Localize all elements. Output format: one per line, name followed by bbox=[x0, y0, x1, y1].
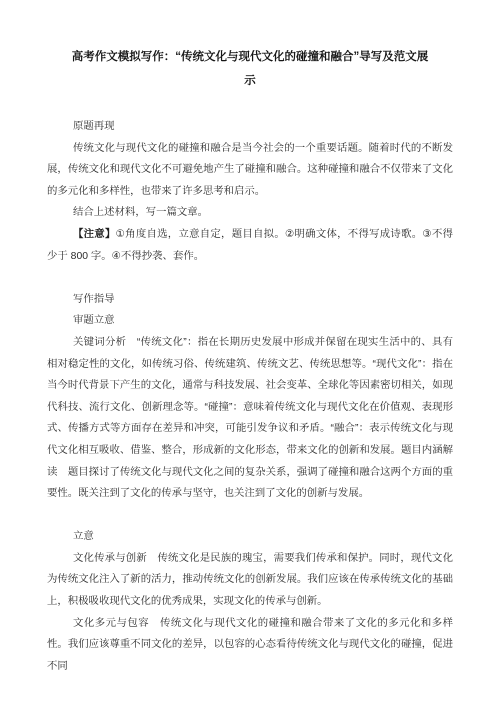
document-page: 高考作文模拟写作：“传统文化与现代文化的碰撞和融合”导写及范文展示 原题再现 传… bbox=[0, 0, 500, 708]
document-title: 高考作文模拟写作：“传统文化与现代文化的碰撞和融合”导写及范文展示 bbox=[68, 45, 433, 93]
material-paragraph: 传统文化与现代文化的碰撞和融合是当今社会的一个重要话题。随着时代的不断发展，传统… bbox=[47, 138, 453, 203]
idea-diversity-paragraph: 文化多元与包容 传统文化与现代文化的碰撞和融合带来了文化的多元化和多样性。我们应… bbox=[47, 613, 453, 678]
notice-paragraph: 【注意】①角度自选，立意自定，题目自拟。②明确文体，不得写成诗歌。③不得少于 8… bbox=[47, 224, 453, 267]
original-question-heading: 原题再现 bbox=[47, 116, 453, 138]
notice-label: 【注意】 bbox=[73, 229, 116, 240]
keyword-analysis-paragraph: 关键词分析 “传统文化”：指在长期历史发展中形成并保留在现实生活中的、具有相对稳… bbox=[47, 332, 453, 505]
task-paragraph: 结合上述材料，写一篇文章。 bbox=[47, 202, 453, 224]
topic-analysis-subheading: 审题立意 bbox=[47, 310, 453, 332]
idea-inheritance-paragraph: 文化传承与创新 传统文化是民族的瑰宝，需要我们传承和保护。同时，现代文化为传统文… bbox=[47, 548, 453, 613]
section-gap bbox=[47, 505, 453, 527]
writing-guide-heading: 写作指导 bbox=[47, 289, 453, 311]
section-gap bbox=[47, 267, 453, 289]
ideas-heading: 立意 bbox=[47, 526, 453, 548]
